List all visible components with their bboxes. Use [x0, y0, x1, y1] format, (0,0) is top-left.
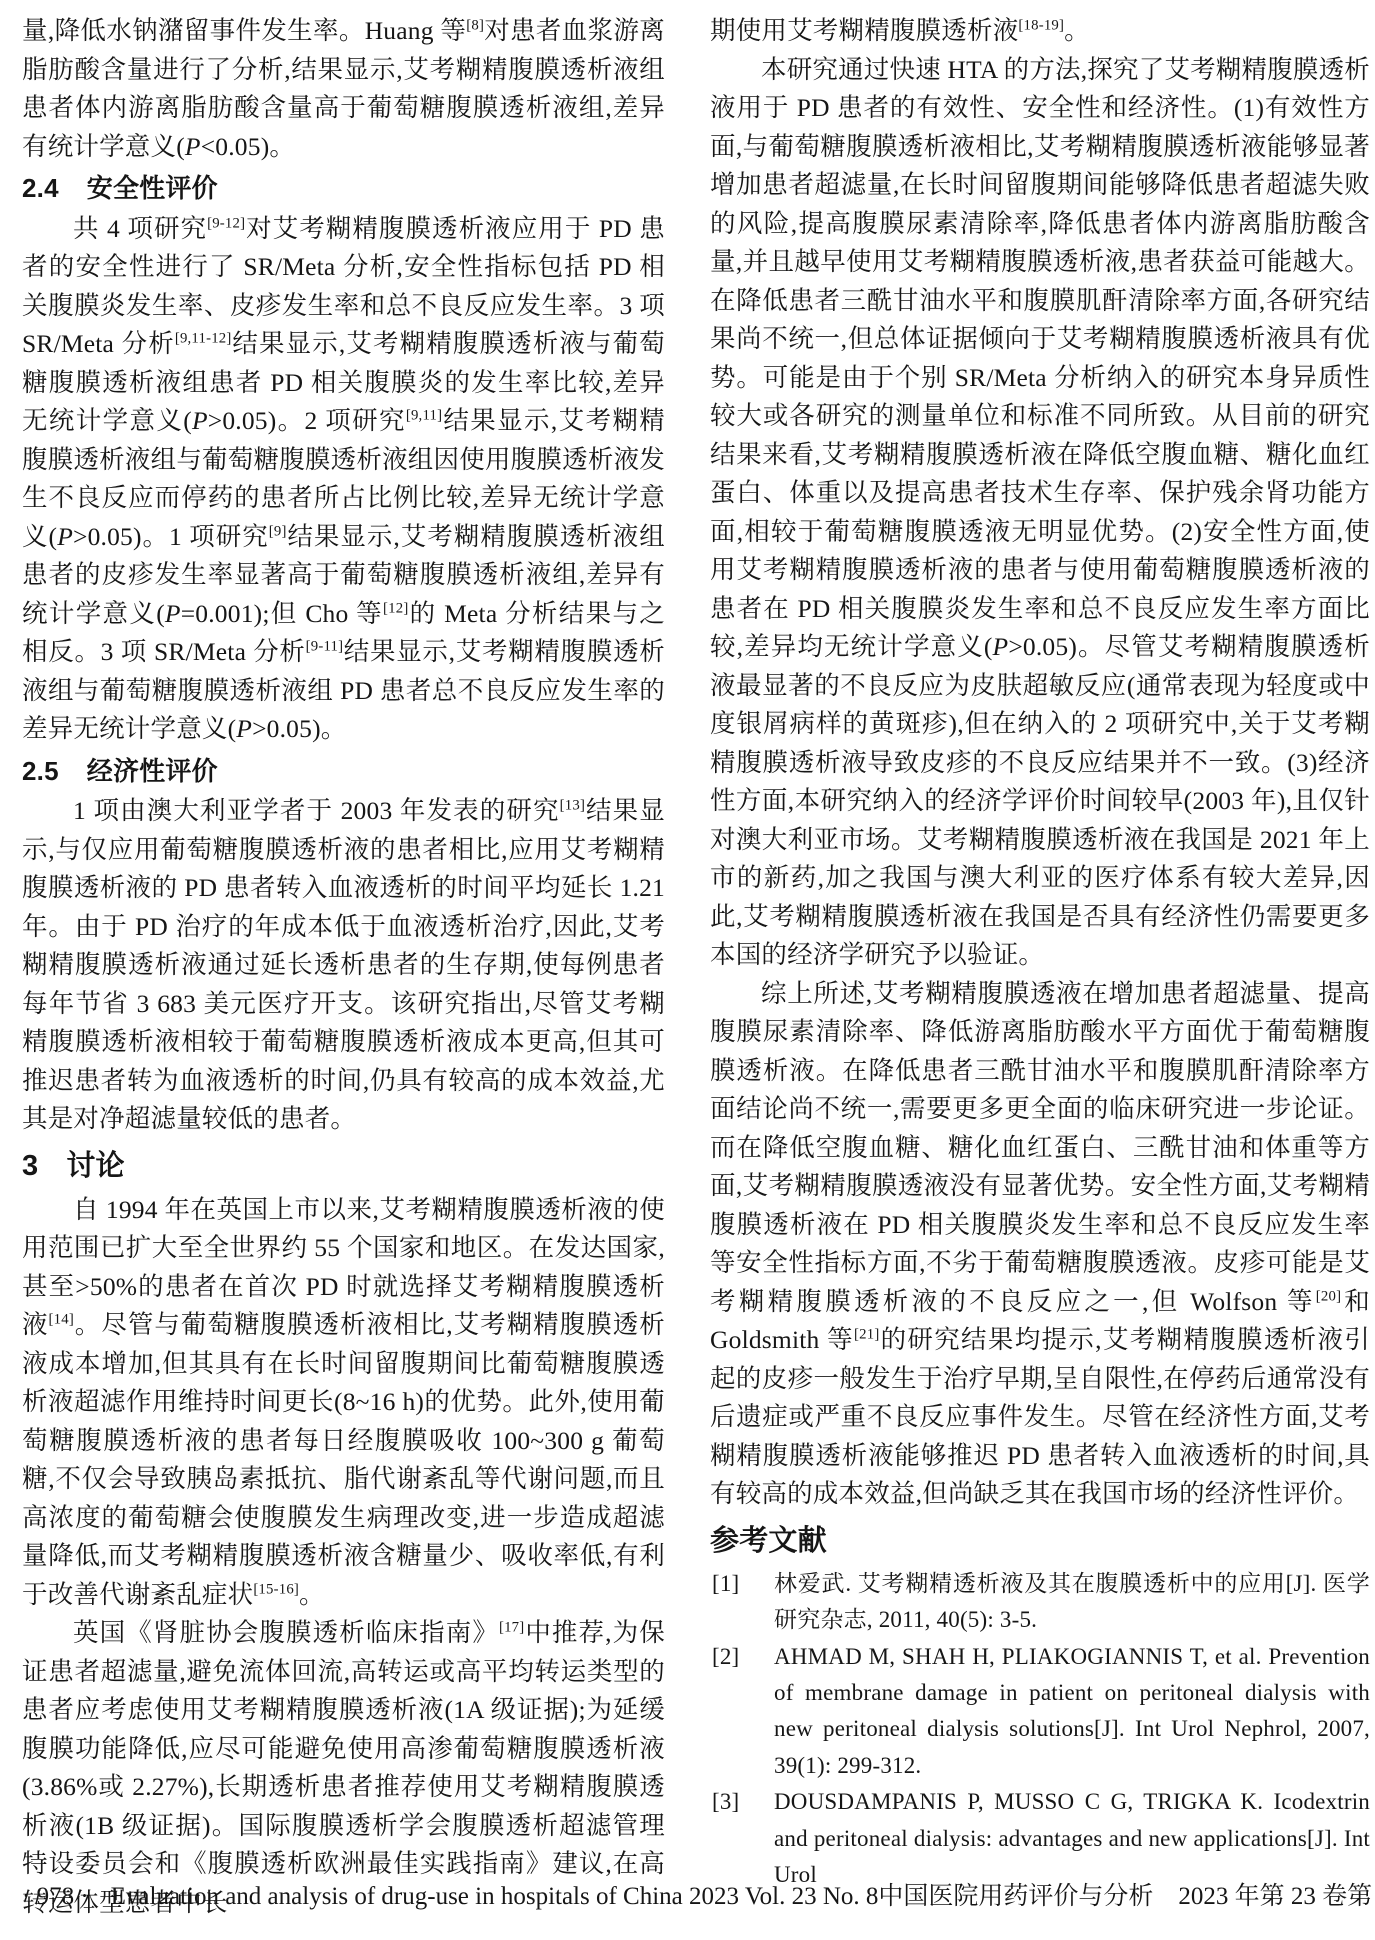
reference-list: [1] 林爱武. 艾考糊精透析液及其在腹膜透析中的应用[J]. 医学研究杂志, …: [710, 1566, 1370, 1894]
reference-text: 林爱武. 艾考糊精透析液及其在腹膜透析中的应用[J]. 医学研究杂志, 2011…: [774, 1571, 1370, 1632]
section-2-5-number: 2.5: [22, 756, 59, 786]
paragraph-conclusion: 综上所述,艾考糊精腹膜透液在增加患者超滤量、提高腹膜尿素清除率、降低游离脂肪酸水…: [710, 975, 1370, 1514]
footer-page-number: · 978 ·: [22, 1882, 89, 1912]
right-column: 期使用艾考糊精腹膜透析液[18-19]。 本研究通过快速 HTA 的方法,探究了…: [710, 12, 1370, 1893]
left-column: 量,降低水钠潴留事件发生率。Huang 等[8]对患者血浆游离脂肪酸含量进行了分…: [22, 12, 665, 1922]
paragraph-fatty-acid-continuation: 量,降低水钠潴留事件发生率。Huang 等[8]对患者血浆游离脂肪酸含量进行了分…: [22, 12, 665, 166]
section-2-5-title: 经济性评价: [87, 756, 218, 786]
page-footer: · 978 · Evaluation and analysis of drug-…: [22, 1882, 1361, 1912]
footer-journal-title-cn: 中国医院用药评价与分析 2023 年第 23 卷第 8 期: [878, 1882, 1375, 1912]
paragraph-safety-evaluation: 共 4 项研究[9-12]对艾考糊精腹膜透析液应用于 PD 患者的安全性进行了 …: [22, 210, 665, 749]
section-3-title: 讨论: [66, 1150, 124, 1182]
reference-item: [2] AHMAD M, SHAH H, PLIAKOGIANNIS T, et…: [710, 1639, 1370, 1785]
reference-item: [3] DOUSDAMPANIS P, MUSSO C G, TRIGKA K.…: [710, 1784, 1370, 1893]
section-3-number: 3: [22, 1150, 38, 1182]
reference-text: DOUSDAMPANIS P, MUSSO C G, TRIGKA K. Ico…: [774, 1789, 1370, 1887]
paragraph-discussion-guidelines: 英国《肾脏协会腹膜透析临床指南》[17]中推荐,为保证患者超滤量,避免流体回流,…: [22, 1614, 665, 1922]
reference-label: [3]: [712, 1784, 739, 1820]
section-3-heading: 3讨论: [22, 1148, 665, 1184]
section-2-4-title: 安全性评价: [87, 173, 218, 203]
section-2-4-number: 2.4: [22, 173, 59, 203]
references-heading: 参考文献: [710, 1523, 1370, 1559]
reference-text: AHMAD M, SHAH H, PLIAKOGIANNIS T, et al.…: [774, 1644, 1370, 1778]
paragraph-hta-findings: 本研究通过快速 HTA 的方法,探究了艾考糊精腹膜透析液用于 PD 患者的有效性…: [710, 51, 1370, 975]
journal-page: 量,降低水钠潴留事件发生率。Huang 等[8]对患者血浆游离脂肪酸含量进行了分…: [0, 0, 1375, 1940]
footer-journal-title-en: Evaluation and analysis of drug-use in h…: [111, 1882, 879, 1912]
paragraph-economic-evaluation: 1 项由澳大利亚学者于 2003 年发表的研究[13]结果显示,与仅应用葡萄糖腹…: [22, 792, 665, 1139]
reference-label: [1]: [712, 1566, 739, 1602]
paragraph-discussion-market: 自 1994 年在英国上市以来,艾考糊精腹膜透析液的使用范围已扩大至全世界约 5…: [22, 1191, 665, 1615]
section-2-5-heading: 2.5经济性评价: [22, 755, 665, 788]
section-2-4-heading: 2.4安全性评价: [22, 172, 665, 205]
reference-label: [2]: [712, 1639, 739, 1675]
paragraph-icodextrin-continuation: 期使用艾考糊精腹膜透析液[18-19]。: [710, 12, 1370, 51]
reference-item: [1] 林爱武. 艾考糊精透析液及其在腹膜透析中的应用[J]. 医学研究杂志, …: [710, 1566, 1370, 1639]
footer-left: · 978 · Evaluation and analysis of drug-…: [22, 1882, 878, 1912]
